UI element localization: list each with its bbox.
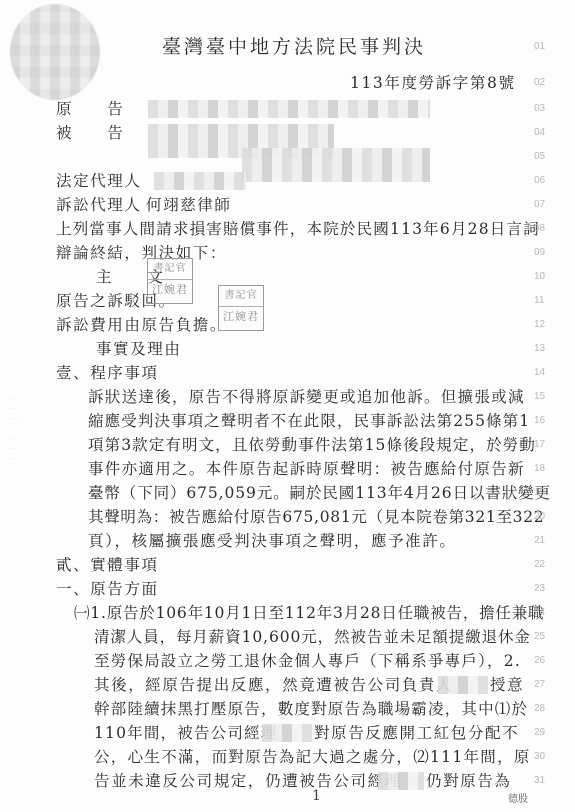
line-20: 其聲明為：被告應給付原告675,081元（見本院卷第321至322 20 [0,506,575,528]
body-text: 臺幣（下同）675,059元。嗣於民國113年4月26日以書狀變更 [88,482,551,504]
redacted-person-name [262,724,312,742]
line-number: 06 [534,170,545,192]
body-text: 事件亦適用之。本件原告起訴時原聲明：被告應給付原告新 [88,458,525,480]
line-number: 27 [534,674,545,696]
body-text: 至勞保局設立之勞工退休金個人專戶（下稱系爭專戶），2. [94,650,521,672]
document-title: 臺灣臺中地方法院民事判決 [162,36,426,58]
body-text: 頁），核屬擴張應受判決事項之聲明，應予准許。 [88,530,456,552]
line-number: 17 [534,434,545,456]
section-heading-plaintiff: 一、原告方面 [56,578,159,600]
body-text: 110年間，被告公司經理 [94,722,278,744]
stamp-name: 江婉君 [219,307,263,327]
line-13: 事實及理由 13 [0,338,575,360]
line-18: 事件亦適用之。本件原告起訴時原聲明：被告應給付原告新 18 [0,458,575,480]
body-text: 上列當事人間請求損害賠償事件，本院於民國113年6月28日言詞 [56,218,540,240]
section-heading-facts: 事實及理由 [96,338,182,360]
stamp-title: 書記官 [148,259,192,280]
line-11: 原告之訴駁回。 11 [0,290,575,312]
line-number: 26 [534,650,545,672]
line-21: 頁），核屬擴張應受判決事項之聲明，應予准許。 21 [0,530,575,552]
line-number: 08 [534,218,545,240]
line-10: 主 文 10 [0,266,575,288]
line-number: 05 [534,146,545,168]
line-01: 臺灣臺中地方法院民事判決 01 [0,36,575,58]
line-28: 幹部陸續抹黑打壓原告，數度對原告為職場霸凌，其中⑴於 28 [0,698,575,720]
line-number: 14 [534,362,545,384]
line-number: 22 [534,554,545,576]
body-text: 授意 [490,674,524,696]
line-06: 法定代理人 06 [0,170,575,192]
body-text: ㈠1.原告於106年10月1日至112年3月28日任職被告，擔任兼職 [74,602,544,624]
line-number: 28 [534,698,545,720]
line-02: 113年度勞訴字第8號 02 [0,72,575,94]
body-text: 訴訟費用由原告負擔。 [56,314,227,336]
body-text: 其後，經原告提出反應，然竟遭被告公司負責人 [94,674,453,696]
body-text: 清潔人員，每月薪資10,600元，然被告並未足額提繳退休金 [94,626,531,648]
line-26: 至勞保局設立之勞工退休金個人專戶（下稱系爭專戶），2. 26 [0,650,575,672]
attorney-label: 訴訟代理人 [56,194,142,216]
redacted-person-name [378,772,424,790]
line-number: 15 [534,386,545,408]
body-text: 縮應受判決事項之聲明者不在此限，民事訴訟法第255條第1 [88,410,530,432]
line-05: 05 [0,146,575,168]
body-text: 幹部陸續抹黑打壓原告，數度對原告為職場霸凌，其中⑴於 [94,698,528,720]
line-29: 110年間，被告公司經理 對原告反應開工紅包分配不 29 [0,722,575,744]
line-19: 臺幣（下同）675,059元。嗣於民國113年4月26日以書狀變更 19 [0,482,575,504]
division-code: 德股 [508,790,528,805]
plaintiff-label: 原 告 [56,98,124,120]
line-16: 縮應受判決事項之聲明者不在此限，民事訴訟法第255條第1 16 [0,410,575,432]
line-number: 23 [534,578,545,600]
line-number: 24 [534,602,545,624]
line-09: 辯論終結，判決如下： 09 [0,242,575,264]
line-14: 壹、程序事項 14 [0,362,575,384]
body-text: 公，心生不滿，而對原告為記大過之處分，⑵111年間，原 [94,746,531,768]
line-number: 31 [534,770,545,792]
body-text: 仍對原告為 [426,770,512,792]
case-number: 113年度勞訴字第8號 [350,72,516,94]
line-number: 20 [534,506,545,528]
line-number: 10 [534,266,545,288]
redacted-legal-rep-name [154,172,246,190]
line-number: 11 [534,290,544,312]
section-heading-procedure: 壹、程序事項 [56,362,159,384]
line-number: 01 [534,36,545,58]
line-number: 07 [534,194,545,216]
line-24: ㈠1.原告於106年10月1日至112年3月28日任職被告，擔任兼職 24 [0,602,575,624]
line-23: 一、原告方面 23 [0,578,575,600]
line-17: 項第3款定有明文，且依勞動事件法第15條後段規定，於勞動 17 [0,434,575,456]
redacted-plaintiff-name [148,100,430,118]
line-number: 13 [534,338,545,360]
body-text: 訴狀送達後，原告不得將原訴變更或追加他訴。但擴張或減 [88,386,525,408]
redacted-person-name [438,676,488,694]
line-number: 30 [534,746,545,768]
line-22: 貳、實體事項 22 [0,554,575,576]
defendant-label: 被 告 [56,122,124,144]
line-number: 04 [534,122,545,144]
clerk-stamp: 書記官 江婉君 [218,285,264,331]
page-number: 1 [312,788,321,804]
line-number: 25 [534,626,545,648]
line-number: 21 [534,530,545,552]
line-12: 訴訟費用由原告負擔。 12 [0,314,575,336]
line-number: 19 [534,482,545,504]
clerk-stamp: 書記官 江婉君 [147,258,193,304]
line-08: 上列當事人間請求損害賠償事件，本院於民國113年6月28日言詞 08 [0,218,575,240]
line-15: 訴狀送達後，原告不得將原訴變更或追加他訴。但擴張或減 15 [0,386,575,408]
line-number: 02 [534,72,545,94]
body-text: 項第3款定有明文，且依勞動事件法第15條後段規定，於勞動 [88,434,536,456]
stamp-title: 書記官 [219,286,263,307]
line-27: 其後，經原告提出反應，然竟遭被告公司負責人 授意 27 [0,674,575,696]
body-text: 告並未違反公司規定，仍遭被告公司經理 [94,770,402,792]
line-30: 公，心生不滿，而對原告為記大過之處分，⑵111年間，原 30 [0,746,575,768]
body-text: 其聲明為：被告應給付原告675,081元（見本院卷第321至322 [88,506,544,528]
line-number: 09 [534,242,545,264]
line-number: 18 [534,458,545,480]
court-judgment-page: · ·· ·· · ·· ·· ·· · 臺灣臺中地方法院民事判決 01 113… [0,0,575,812]
section-heading-substance: 貳、實體事項 [56,554,159,576]
line-number: 12 [534,314,545,336]
legal-rep-label: 法定代理人 [56,170,142,192]
stamp-name: 江婉君 [148,280,192,300]
line-number: 29 [534,722,545,744]
line-03: 原 告 03 [0,98,575,120]
body-text: 對原告反應開工紅包分配不 [314,722,519,744]
line-07: 訴訟代理人 何翊慈律師 07 [0,194,575,216]
line-number: 03 [534,98,545,120]
line-25: 清潔人員，每月薪資10,600元，然被告並未足額提繳退休金 25 [0,626,575,648]
line-31: 告並未違反公司規定，仍遭被告公司經理 仍對原告為 31 [0,770,575,792]
line-04: 被 告 04 [0,122,575,144]
attorney-name: 何翊慈律師 [146,194,232,216]
line-number: 16 [534,410,545,432]
body-text: 辯論終結，判決如下： [56,242,227,264]
